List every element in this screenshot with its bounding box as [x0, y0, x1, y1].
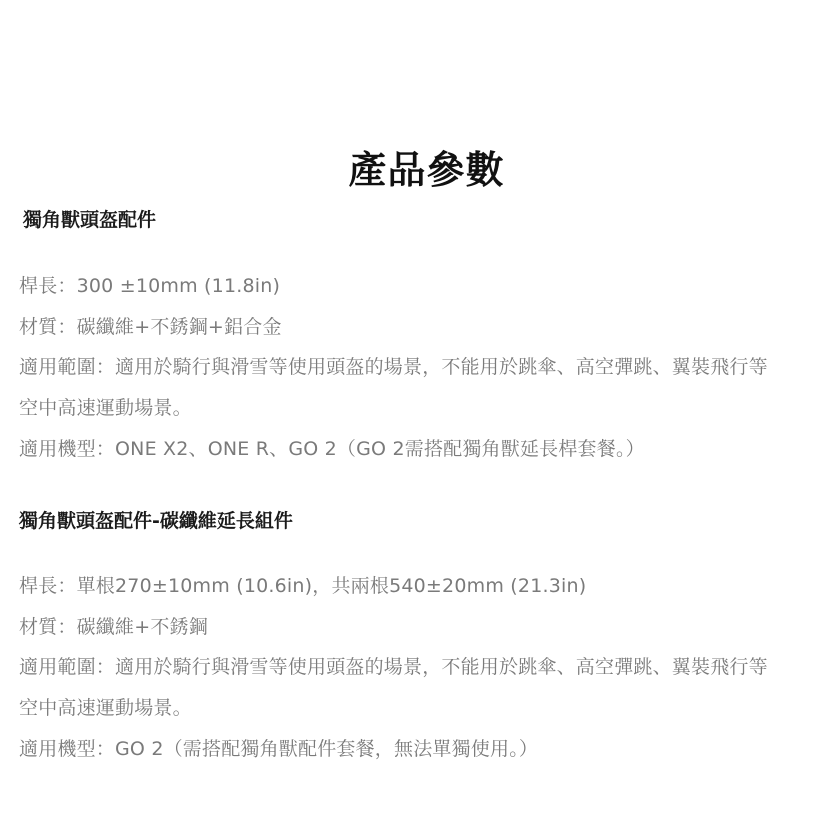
spec-compatible-models: 適用機型：GO 2（需搭配獨角獸配件套餐，無法單獨使用。）: [19, 729, 829, 770]
spec-material: 材質：碳纖維+不銹鋼: [19, 607, 829, 648]
page-title: 產品參數: [0, 147, 833, 193]
spec-usage-scope-cont: 空中高速運動場景。: [19, 688, 829, 729]
spec-section-helmet-accessory: 獨角獸頭盔配件 桿長：300 ±10mm (11.8in) 材質：碳纖維+不銹鋼…: [19, 205, 829, 470]
spec-compatible-models: 適用機型：ONE X2、ONE R、GO 2（GO 2需搭配獨角獸延長桿套餐。）: [19, 429, 829, 470]
spec-usage-scope-cont: 空中高速運動場景。: [19, 388, 829, 429]
section-heading: 獨角獸頭盔配件-碳纖維延長組件: [19, 506, 829, 536]
spec-rod-length: 桿長：單根270±10mm (10.6in)，共兩根540±20mm (21.3…: [19, 566, 829, 607]
spec-usage-scope: 適用範圍：適用於騎行與滑雪等使用頭盔的場景，不能用於跳傘、高空彈跳、翼裝飛行等: [19, 647, 829, 688]
spec-section-carbon-extension-kit: 獨角獸頭盔配件-碳纖維延長組件 桿長：單根270±10mm (10.6in)，共…: [19, 506, 829, 770]
section-heading: 獨角獸頭盔配件: [19, 205, 829, 235]
spec-rod-length: 桿長：300 ±10mm (11.8in): [19, 266, 829, 307]
spec-list: 桿長：300 ±10mm (11.8in) 材質：碳纖維+不銹鋼+鋁合金 適用範…: [19, 266, 829, 470]
spec-usage-scope: 適用範圍：適用於騎行與滑雪等使用頭盔的場景，不能用於跳傘、高空彈跳、翼裝飛行等: [19, 347, 829, 388]
spec-material: 材質：碳纖維+不銹鋼+鋁合金: [19, 307, 829, 348]
spec-list: 桿長：單根270±10mm (10.6in)，共兩根540±20mm (21.3…: [19, 566, 829, 770]
